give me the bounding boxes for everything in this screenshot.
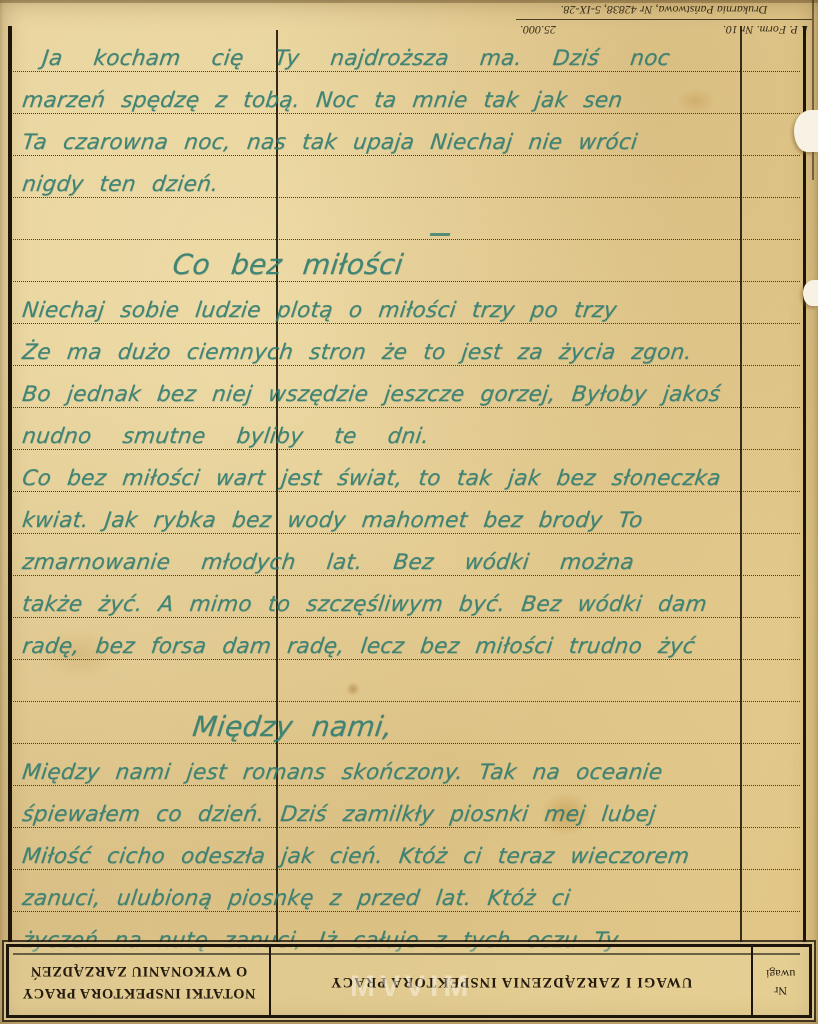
manuscript-line: kwiat. Jak rybka bez wody mahomet bez br… — [13, 492, 800, 534]
manuscript-line: Miłość cicho odeszła jak cień. Któż ci t… — [13, 828, 800, 870]
manuscript-line: Między nami jest romans skończony. Tak n… — [13, 744, 800, 786]
imprint-printer-line: Drukarnia Państwowa, Nr 42838, 5-IX-28. — [516, 1, 812, 20]
footer-left-text: NOTATKI INSPEKTORA PRACY O WYKONANIU ZAR… — [22, 959, 256, 1004]
handwritten-text: zanuci, ulubioną piosnkę z przed lat. Kt… — [13, 888, 572, 910]
handwritten-text: kwiat. Jak rybka bez wody mahomet bez br… — [13, 510, 644, 532]
paper-tear — [803, 280, 818, 306]
handwritten-text: Ja kocham cię Ty najdroższa ma. Dziś noc — [13, 48, 671, 70]
handwritten-text: marzeń spędzę z tobą. Noc ta mnie tak ja… — [13, 90, 624, 112]
handwritten-text: Niechaj sobie ludzie plotą o miłości trz… — [13, 300, 618, 322]
manuscript-line: Co bez miłości wart jest świat, to tak j… — [13, 450, 800, 492]
handwritten-text: Miłość cicho odeszła jak cień. Któż ci t… — [13, 846, 691, 868]
manuscript-line — [13, 660, 800, 702]
manuscript-line: nudno smutne byliby te dni. — [13, 408, 800, 450]
handwritten-text: zmarnowanie młodych lat. Bez wódki można — [13, 552, 635, 574]
paper-edge-crack — [812, 0, 814, 180]
manuscript-line: Niechaj sobie ludzie plotą o miłości trz… — [13, 282, 800, 324]
footer-number-text: Nr uwagi — [766, 964, 795, 999]
handwritten-text: Ta czarowna noc, nas tak upaja Niechaj n… — [13, 132, 639, 154]
manuscript-lines: Ja kocham cię Ty najdroższa ma. Dziś noc… — [13, 30, 800, 955]
manuscript-line: Między nami, — [13, 702, 800, 744]
handwritten-text: nigdy ten dzień. — [13, 174, 220, 196]
footer-middle-cell: UWAGI I ZARZĄDZENIA INSPEKTORA PRACY — [271, 947, 753, 1015]
table-border-right — [803, 26, 806, 944]
table-border-left — [8, 26, 12, 944]
handwritten-text: Co bez miłości — [13, 251, 405, 279]
handwritten-text: Że ma dużo ciemnych stron że to jest za … — [13, 342, 693, 364]
manuscript-line: marzeń spędzę z tobą. Noc ta mnie tak ja… — [13, 72, 800, 114]
manuscript-line: Ja kocham cię Ty najdroższa ma. Dziś noc — [13, 30, 800, 72]
ink-dash-mark — [430, 233, 451, 236]
handwritten-text: także żyć. A mimo to szczęśliwym być. Be… — [13, 594, 708, 616]
manuscript-line: Co bez miłości — [13, 240, 800, 282]
manuscript-line: Że ma dużo ciemnych stron że to jest za … — [13, 324, 800, 366]
handwritten-text: nudno smutne byliby te dni. — [13, 426, 430, 448]
manuscript-line: Bo jednak bez niej wszędzie jeszcze gorz… — [13, 366, 800, 408]
footer-number-line2: uwagi — [766, 964, 795, 981]
paper-tear — [794, 110, 818, 152]
watermark: MVVIM — [350, 970, 473, 1004]
footer-left-cell: NOTATKI INSPEKTORA PRACY O WYKONANIU ZAR… — [9, 947, 271, 1015]
manuscript-line: śpiewałem co dzień. Dziś zamilkły piosnk… — [13, 786, 800, 828]
manuscript-line: zmarnowanie młodych lat. Bez wódki można — [13, 534, 800, 576]
manuscript-line: nigdy ten dzień. — [13, 156, 800, 198]
handwritten-text: śpiewałem co dzień. Dziś zamilkły piosnk… — [13, 804, 657, 826]
handwritten-text: Między nami, — [13, 713, 394, 741]
footer-left-line1: NOTATKI INSPEKTORA PRACY — [22, 981, 256, 1003]
manuscript-line: radę, bez forsa dam radę, lecz bez miłoś… — [13, 618, 800, 660]
scanned-document-page: I. P. Form. Nr 10. 25.000. Drukarnia Pań… — [0, 0, 818, 1024]
manuscript-line: także żyć. A mimo to szczęśliwym być. Be… — [13, 576, 800, 618]
footer-number-cell: Nr uwagi — [753, 947, 809, 1015]
handwritten-text: Między nami jest romans skończony. Tak n… — [13, 762, 664, 784]
manuscript-line: Ta czarowna noc, nas tak upaja Niechaj n… — [13, 114, 800, 156]
manuscript-line — [13, 198, 800, 240]
handwritten-text: Co bez miłości wart jest świat, to tak j… — [13, 468, 722, 490]
footer-left-line2: O WYKONANIU ZARZĄDZEŃ — [22, 959, 256, 981]
manuscript-line: zanuci, ulubioną piosnkę z przed lat. Kt… — [13, 870, 800, 912]
handwritten-text: Bo jednak bez niej wszędzie jeszcze gorz… — [13, 384, 722, 406]
handwritten-text: radę, bez forsa dam radę, lecz bez miłoś… — [13, 636, 696, 658]
footer-number-line1: Nr — [766, 981, 795, 998]
